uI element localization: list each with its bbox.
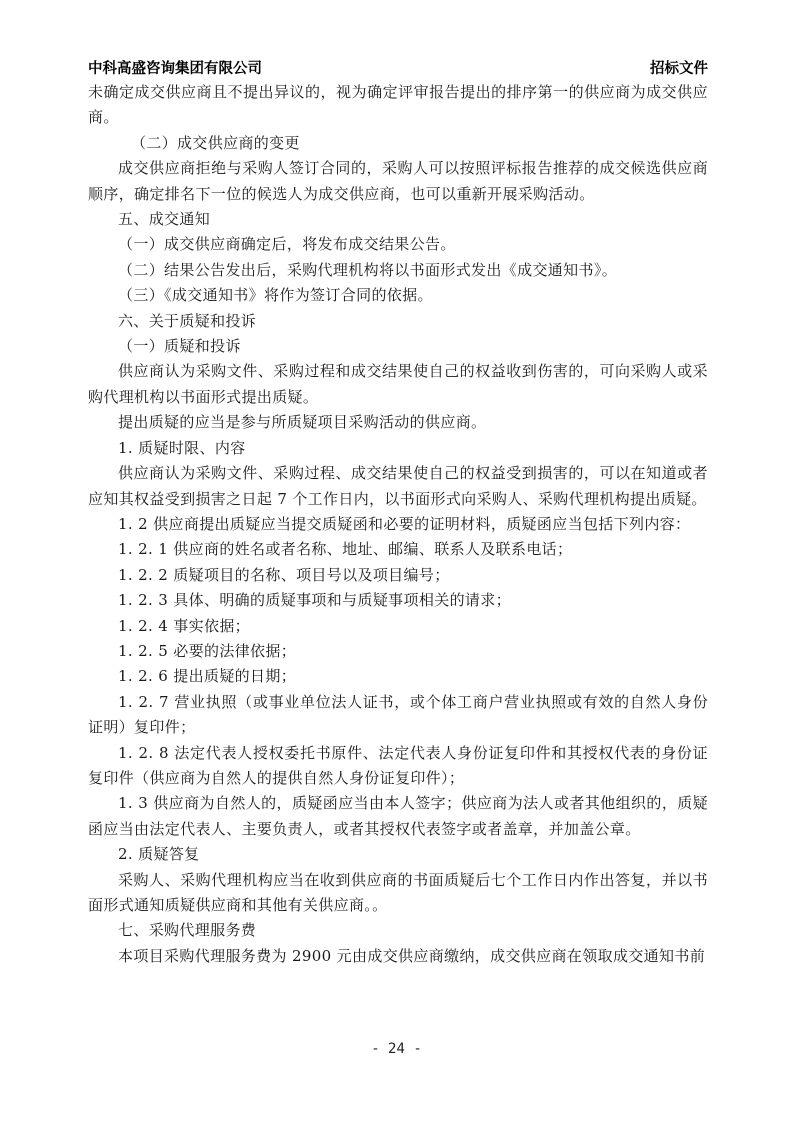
header-company-name: 中科高盛咨询集团有限公司 xyxy=(88,57,262,78)
subheading-challenge-reply: 2. 质疑答复 xyxy=(88,842,708,867)
subheading-challenges-complaints: （一）质疑和投诉 xyxy=(88,334,708,359)
paragraph: 本项目采购代理服务费为 2900 元由成交供应商缴纳，成交供应商在领取成交通知书… xyxy=(88,944,708,969)
list-item: 1. 2. 1 供应商的姓名或者名称、地址、邮编、联系人及联系电话； xyxy=(88,537,708,562)
list-item: 1. 3 供应商为自然人的，质疑函应当由本人签字；供应商为法人或者其他组织的，质… xyxy=(88,791,708,842)
list-item: 1. 2 供应商提出质疑应当提交质疑函和必要的证明材料，质疑函应当包括下列内容： xyxy=(88,512,708,537)
list-item: 1. 2. 5 必要的法律依据； xyxy=(88,639,708,664)
paragraph: 采购人、采购代理机构应当在收到供应商的书面质疑后七个工作日内作出答复，并以书面形… xyxy=(88,868,708,919)
document-page: 中科高盛咨询集团有限公司 招标文件 未确定成交供应商且不提出异议的，视为确定评审… xyxy=(0,0,793,1122)
paragraph: 供应商认为采购文件、采购过程和成交结果使自己的权益收到伤害的，可向采购人或采购代… xyxy=(88,359,708,410)
list-item: 1. 2. 7 营业执照（或事业单位法人证书，或个体工商户营业执照或有效的自然人… xyxy=(88,690,708,741)
paragraph: 提出质疑的应当是参与所质疑项目采购活动的供应商。 xyxy=(88,410,708,435)
subheading-supplier-change: （二）成交供应商的变更 xyxy=(88,131,708,156)
section-heading-award-notice: 五、成交通知 xyxy=(88,207,708,232)
list-item: （一）成交供应商确定后，将发布成交结果公告。 xyxy=(88,232,708,257)
paragraph: 供应商认为采购文件、采购过程、成交结果使自己的权益受到损害的，可以在知道或者应知… xyxy=(88,461,708,512)
paragraph-continuation: 未确定成交供应商且不提出异议的，视为确定评审报告提出的排序第一的供应商为成交供应… xyxy=(88,80,708,131)
document-body: 未确定成交供应商且不提出异议的，视为确定评审报告提出的排序第一的供应商为成交供应… xyxy=(88,80,708,969)
list-item: （二）结果公告发出后，采购代理机构将以书面形式发出《成交通知书》。 xyxy=(88,258,708,283)
header-document-type: 招标文件 xyxy=(650,57,708,78)
list-item: （三）《成交通知书》将作为签订合同的依据。 xyxy=(88,283,708,308)
list-item: 1. 2. 6 提出质疑的日期； xyxy=(88,664,708,689)
page-number: - 24 - xyxy=(0,1041,793,1057)
section-heading-challenges-complaints: 六、关于质疑和投诉 xyxy=(88,309,708,334)
section-heading-agency-fee: 七、采购代理服务费 xyxy=(88,918,708,943)
list-item: 1. 2. 3 具体、明确的质疑事项和与质疑事项相关的请求； xyxy=(88,588,708,613)
list-item: 1. 2. 4 事实依据； xyxy=(88,614,708,639)
list-item: 1. 2. 8 法定代表人授权委托书原件、法定代表人身份证复印件和其授权代表的身… xyxy=(88,741,708,792)
list-item: 1. 2. 2 质疑项目的名称、项目号以及项目编号； xyxy=(88,563,708,588)
page-header: 中科高盛咨询集团有限公司 招标文件 xyxy=(88,56,708,78)
paragraph: 成交供应商拒绝与采购人签订合同的，采购人可以按照评标报告推荐的成交候选供应商顺序… xyxy=(88,156,708,207)
subheading-challenge-deadline: 1. 质疑时限、内容 xyxy=(88,436,708,461)
